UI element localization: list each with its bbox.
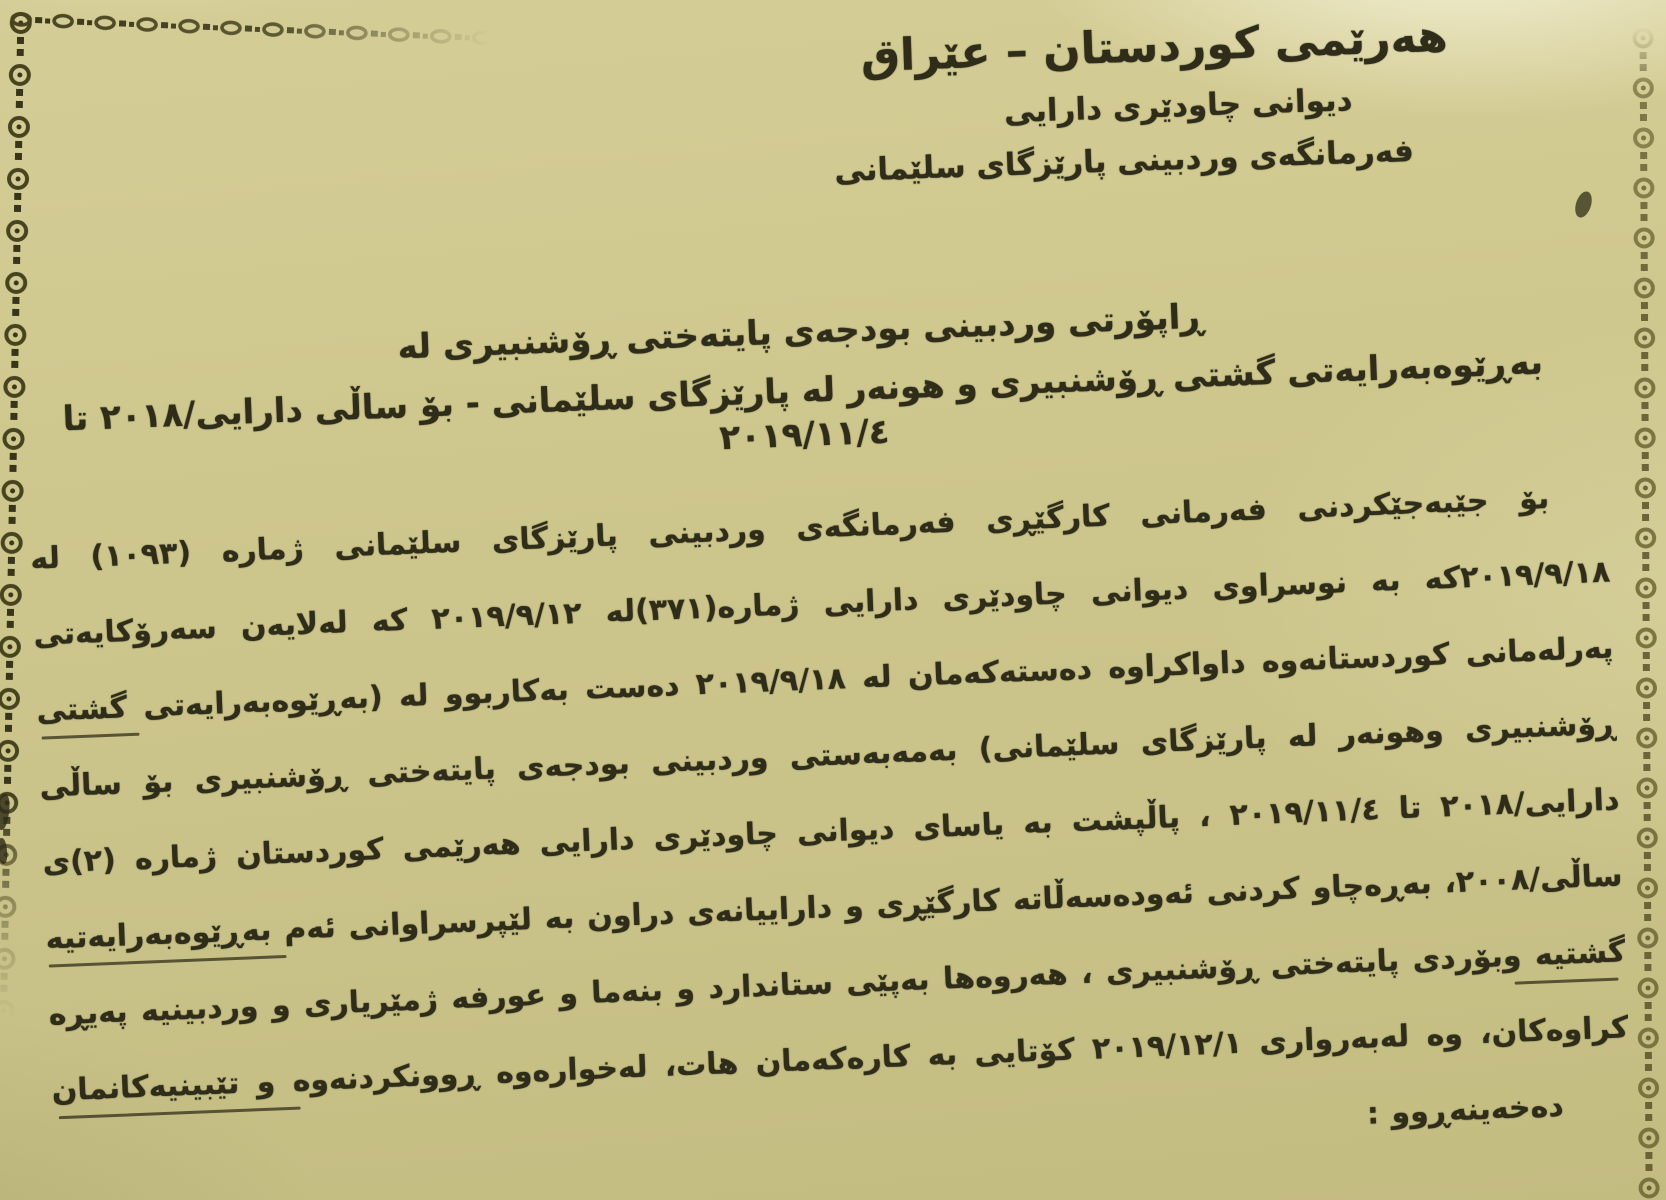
letterhead-region-line: هەرێمی کوردستان – عێراق [843,11,1464,83]
letterhead-diwan-line: دیوانی چاودێری دارایی [868,77,1489,135]
report-title: ڕاپۆرتی وردبینی بودجەی پایتەختی ڕۆشنبیری… [48,281,1558,486]
border-ornament-right [1624,26,1666,1200]
letterhead-office-line: فەرمانگەی وردبینی پارێزگای سلێمانی [814,132,1435,190]
report-body: بۆ جێبەجێکردنی فەرمانی کارگێڕی فەرمانگەی… [29,459,1633,1200]
border-ornament-top [9,8,490,57]
border-ornament-left [0,10,42,1021]
scanned-document-page: هەرێمی کوردستان – عێراق دیوانی چاودێری د… [0,0,1666,1200]
ink-smudge [1572,189,1595,219]
letterhead: هەرێمی کوردستان – عێراق دیوانی چاودێری د… [843,11,1468,188]
